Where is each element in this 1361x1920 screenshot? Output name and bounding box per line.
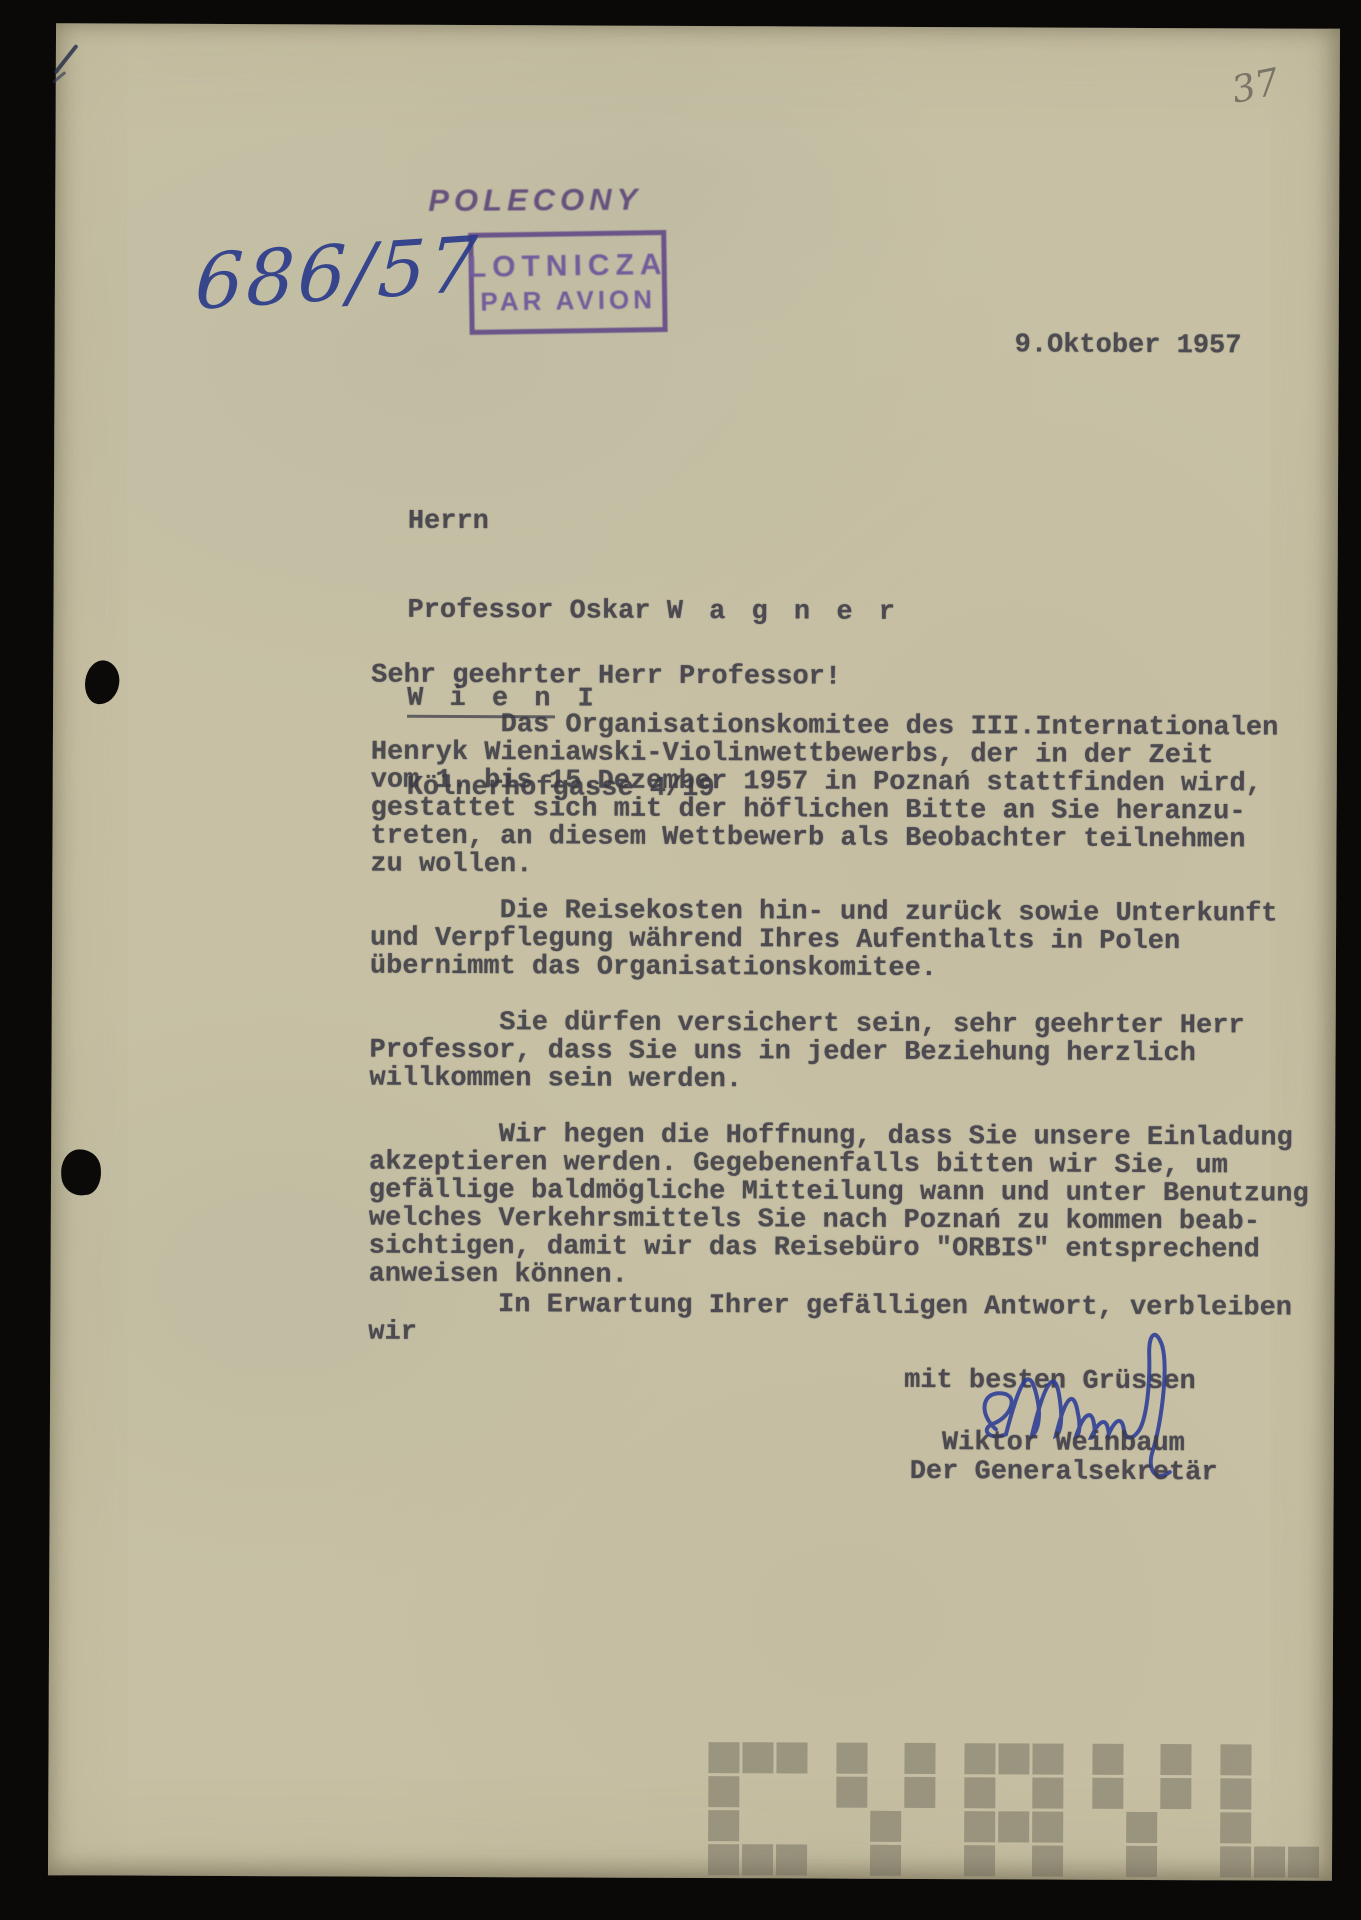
watermark-cell: [742, 1844, 773, 1875]
watermark-cell: [1092, 1812, 1123, 1843]
watermark-cell: [1032, 1845, 1063, 1876]
watermark-cell: [776, 1776, 807, 1807]
watermark-cell: [1220, 1846, 1251, 1877]
pencil-page-number: 37: [1228, 60, 1283, 112]
watermark-cell: [1220, 1744, 1251, 1775]
watermark-cell: [1220, 1812, 1251, 1843]
watermark-cell: [836, 1811, 867, 1842]
watermark-cell: [776, 1810, 807, 1841]
salutation: Sehr geehrter Herr Professor!: [371, 662, 841, 692]
punch-hole-bottom: [59, 1147, 103, 1197]
signer-name: Wiktor Weinbaum: [942, 1429, 1185, 1458]
watermark-cell: [998, 1811, 1029, 1842]
scan-background: 37 POLECONY LOTNICZA PAR AVION 686/57 9.…: [0, 0, 1361, 1920]
watermark-cell: [1092, 1744, 1123, 1775]
watermark-cell: [742, 1776, 773, 1807]
watermark-cell: [1160, 1744, 1191, 1775]
watermark-cell: [1160, 1778, 1191, 1809]
watermark-cell: [1254, 1812, 1285, 1843]
watermark-cell: [1160, 1812, 1191, 1843]
recipient-name: Professor Oskar W a g n e r: [407, 596, 900, 628]
watermark-cell: [870, 1743, 901, 1774]
archive-watermark: [708, 1742, 709, 1876]
watermark-cell: [836, 1845, 867, 1876]
watermark-cell: [904, 1777, 935, 1808]
recipient-surname: W a g n e r: [667, 596, 900, 627]
watermark-cell: [870, 1845, 901, 1876]
watermark-letter: [964, 1743, 1064, 1876]
watermark-cell: [708, 1776, 739, 1807]
paragraph-3: Sie dürfen versichert sein, sehr geehrte…: [369, 1009, 1244, 1097]
watermark-cell: [870, 1811, 901, 1842]
watermark-cell: [776, 1844, 807, 1875]
watermark-cell: [998, 1845, 1029, 1876]
watermark-cell: [964, 1743, 995, 1774]
watermark-cell: [1126, 1778, 1157, 1809]
paragraph-4: Wir hegen die Hoffnung, dass Sie unsere …: [369, 1121, 1309, 1293]
watermark-letter: [708, 1742, 808, 1875]
watermark-cell: [1126, 1812, 1157, 1843]
watermark-cell: [1220, 1778, 1251, 1809]
watermark-cell: [836, 1743, 867, 1774]
recipient-name-prefix: Professor Oskar: [407, 595, 666, 626]
watermark-cell: [1126, 1744, 1157, 1775]
watermark-cell: [964, 1811, 995, 1842]
watermark-cell: [964, 1845, 995, 1876]
paragraph-2: Die Reisekosten hin- und zurück sowie Un…: [370, 897, 1278, 985]
watermark-cell: [904, 1845, 935, 1876]
watermark-cell: [1126, 1846, 1157, 1877]
watermark-cell: [1254, 1778, 1285, 1809]
watermark-cell: [998, 1777, 1029, 1808]
corner-ink-mark: [53, 44, 78, 75]
signer-title: Der Generalsekretär: [910, 1458, 1218, 1487]
paper: 37 POLECONY LOTNICZA PAR AVION 686/57 9.…: [48, 23, 1340, 1881]
watermark-cell: [998, 1743, 1029, 1774]
watermark-cell: [1288, 1813, 1319, 1844]
watermark-cell: [904, 1811, 935, 1842]
handwritten-reference-number: 686/57: [194, 219, 482, 327]
airmail-stamp-line2: PAR AVION: [480, 284, 656, 318]
watermark-cell: [836, 1777, 867, 1808]
paragraph-1: Das Organisationskomitee des III.Interna…: [370, 711, 1278, 883]
watermark-cell: [708, 1810, 739, 1841]
watermark-letter: [836, 1743, 936, 1876]
watermark-cell: [1288, 1745, 1319, 1776]
watermark-cell: [742, 1810, 773, 1841]
watermark-cell: [708, 1844, 739, 1875]
watermark-cell: [1032, 1743, 1063, 1774]
watermark-cell: [1288, 1847, 1319, 1878]
punch-hole-top: [82, 658, 122, 706]
watermark-cell: [1092, 1778, 1123, 1809]
watermark-cell: [708, 1742, 739, 1773]
watermark-cell: [742, 1742, 773, 1773]
registered-stamp: POLECONY: [428, 182, 642, 219]
watermark-cell: [1160, 1846, 1191, 1877]
watermark-cell: [1032, 1811, 1063, 1842]
watermark-cell: [964, 1777, 995, 1808]
watermark-cell: [904, 1743, 935, 1774]
recipient-title: Herrn: [408, 508, 901, 540]
watermark-cell: [1254, 1846, 1285, 1877]
watermark-cell: [870, 1777, 901, 1808]
letter-date: 9.Oktober 1957: [1015, 331, 1242, 360]
watermark-letter: [1092, 1744, 1192, 1877]
watermark-cell: [1254, 1744, 1285, 1775]
watermark-cell: [1288, 1779, 1319, 1810]
airmail-stamp: LOTNICZA PAR AVION: [468, 230, 667, 335]
watermark-cell: [776, 1742, 807, 1773]
watermark-letter: [1220, 1744, 1320, 1877]
watermark-cell: [1092, 1846, 1123, 1877]
watermark-cell: [1032, 1777, 1063, 1808]
airmail-stamp-line1: LOTNICZA: [468, 247, 668, 284]
